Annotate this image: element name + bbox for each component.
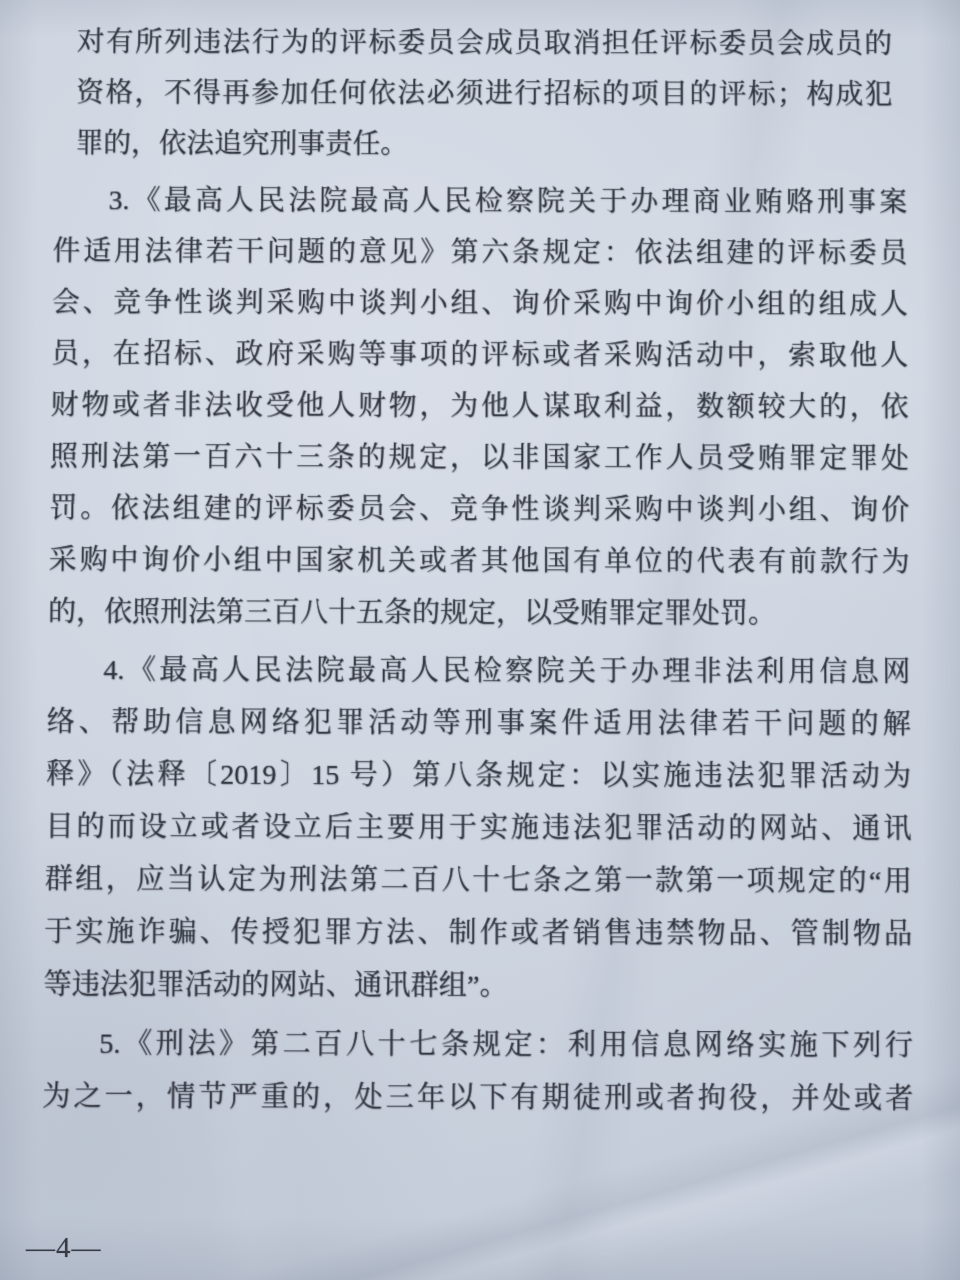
scanned-page: 对有所列违法行为的评标委员会成员取消担任评标委员会成员的资格，不得再参加任何依法… xyxy=(0,0,960,1280)
text-line: 罚。依法组建的评标委员会、竞争性谈判采购中谈判小组、询价 xyxy=(49,483,909,537)
text-line: 件适用法律若干问题的意见》第六条规定：依法组建的评标委员 xyxy=(52,227,907,280)
text-line: 于实施诈骗、传授犯罪方法、制作或者销售违禁物品、管制物品 xyxy=(44,906,913,961)
text-line: 4.《最高人民法院最高人民检察院关于办理非法利用信息网 xyxy=(47,645,911,699)
text-line: 3.《最高人民法院最高人民检察院关于办理商业贿赂刑事案 xyxy=(53,176,907,229)
text-line: 财物或者非法收受他人财物，为他人谋取利益，数额较大的，依 xyxy=(50,380,908,434)
text-line: 目的而设立或者设立后主要用于实施违法犯罪活动的网站、通讯 xyxy=(45,801,912,856)
text-line: 的，依照刑法第三百八十五条的规定，以受贿罪定罪处罚。 xyxy=(48,587,910,641)
page-number: —4— xyxy=(26,1232,102,1265)
text-line: 罪的，依法追究刑事责任。 xyxy=(75,119,893,172)
text-line: 络、帮助信息网络犯罪活动等刑事案件适用法律若干问题的解 xyxy=(46,697,911,751)
document-text: 对有所列违法行为的评标委员会成员取消担任评标委员会成员的资格，不得再参加任何依法… xyxy=(42,18,914,1127)
text-line: 群组，应当认定为刑法第二百八十七条之第一款第一项规定的“用 xyxy=(44,854,912,909)
text-line: 会、竞争性谈判采购中谈判小组、询价采购中询价小组的组成人 xyxy=(52,278,908,331)
text-line: 资格，不得再参加任何依法必须进行招标的项目的评标；构成犯 xyxy=(76,68,893,121)
paragraph-item-5: 5.《刑法》第二百八十七条规定：利用信息网络实施下列行为之一，情节严重的，处三年… xyxy=(42,1018,914,1126)
paragraph-item-2-continuation: 对有所列违法行为的评标委员会成员取消担任评标委员会成员的资格，不得再参加任何依法… xyxy=(75,18,893,172)
paragraph-item-4: 4.《最高人民法院最高人民检察院关于办理非法利用信息网络、帮助信息网络犯罪活动等… xyxy=(43,645,913,1014)
text-line: 释》（法释〔2019〕15 号）第八条规定：以实施违法犯罪活动为 xyxy=(46,749,912,804)
text-line: 5.《刑法》第二百八十七条规定：利用信息网络实施下列行 xyxy=(42,1018,913,1073)
text-line: 采购中询价小组中国家机关或者其他国有单位的代表有前款行为 xyxy=(48,535,909,589)
text-line: 对有所列违法行为的评标委员会成员取消担任评标委员会成员的 xyxy=(77,18,893,71)
text-line: 等违法犯罪活动的网站、通讯群组”。 xyxy=(43,959,913,1014)
text-line: 照刑法第一百六十三条的规定，以非国家工作人员受贿罪定罪处 xyxy=(50,432,909,486)
text-line: 员，在招标、政府采购等事项的评标或者采购活动中，索取他人 xyxy=(51,329,908,383)
paragraph-item-3: 3.《最高人民法院最高人民检察院关于办理商业贿赂刑事案件适用法律若干问题的意见》… xyxy=(48,176,910,641)
text-line: 为之一，情节严重的，处三年以下有期徒刑或者拘役，并处或者 xyxy=(42,1071,914,1126)
